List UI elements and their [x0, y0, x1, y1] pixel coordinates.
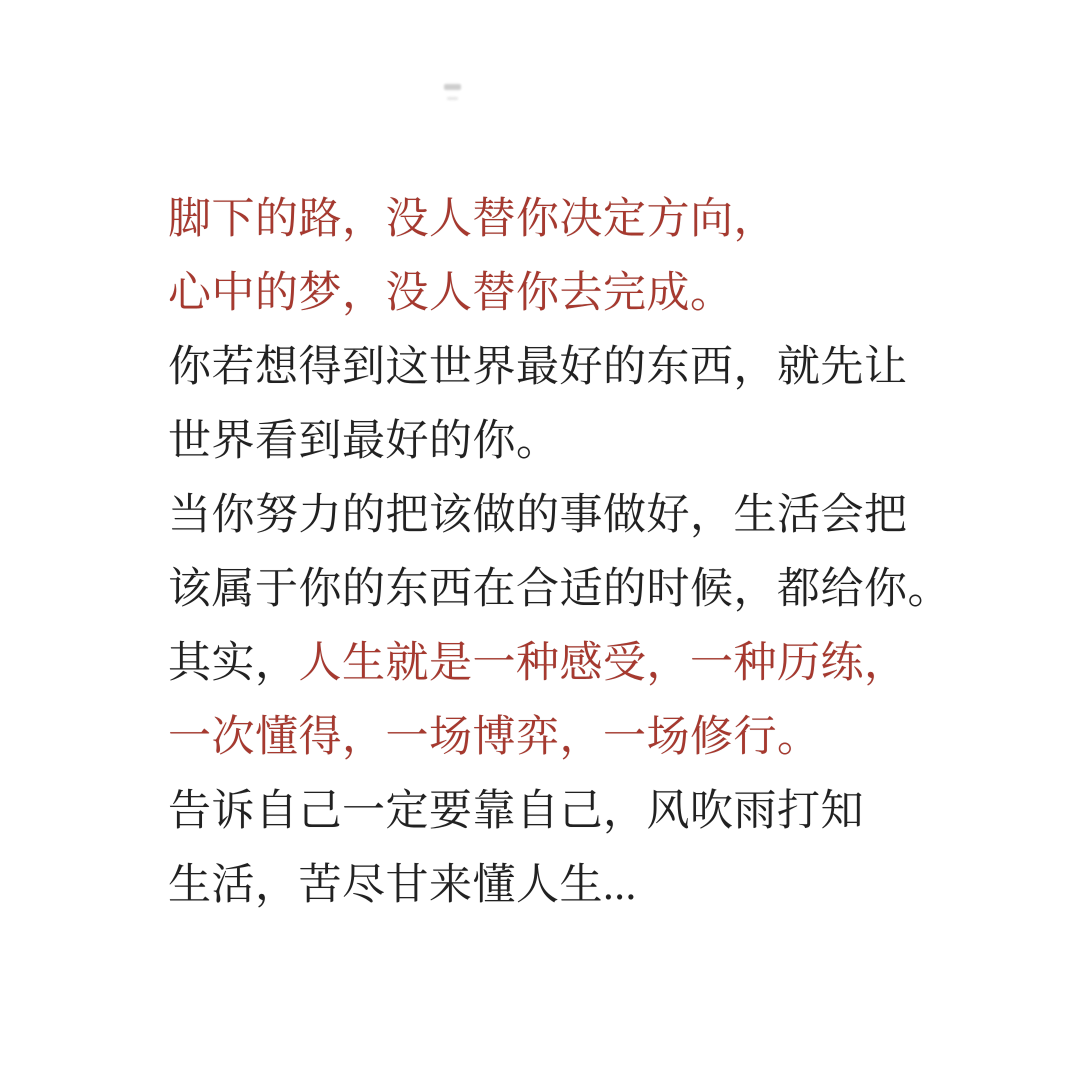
faint-smudge-mark-secondary: [447, 97, 458, 100]
quote-line-9: 告诉自己一定要靠自己，风吹雨打知: [168, 775, 968, 849]
quote-text-block: 脚下的路，没人替你决定方向，心中的梦，没人替你去完成。你若想得到这世界最好的东西…: [168, 183, 968, 923]
quote-line-1-segment-1: 脚下的路，没人替你决定方向，: [168, 196, 777, 243]
quote-line-7-segment-1: 其实，: [168, 640, 299, 687]
quote-line-5: 当你努力的把该做的事做好，生活会把: [168, 479, 968, 553]
quote-line-1: 脚下的路，没人替你决定方向，: [168, 183, 968, 257]
quote-card: 脚下的路，没人替你决定方向，心中的梦，没人替你去完成。你若想得到这世界最好的东西…: [0, 0, 1080, 1080]
quote-line-6: 该属于你的东西在合适的时候，都给你。: [168, 553, 968, 627]
quote-line-9-segment-1: 告诉自己一定要靠自己，风吹雨打知: [168, 788, 864, 835]
quote-line-2-segment-1: 心中的梦，没人替你去完成。: [168, 270, 734, 317]
quote-line-3: 你若想得到这世界最好的东西，就先让: [168, 331, 968, 405]
quote-line-10-segment-1: 生活，苦尽甘来懂人生...: [168, 862, 637, 909]
quote-line-4-segment-1: 世界看到最好的你。: [168, 418, 560, 465]
quote-line-7-segment-2: 人生就是一种感受，一种历练，: [299, 640, 908, 687]
quote-line-4: 世界看到最好的你。: [168, 405, 968, 479]
quote-line-10: 生活，苦尽甘来懂人生...: [168, 849, 968, 923]
quote-line-3-segment-1: 你若想得到这世界最好的东西，就先让: [168, 344, 908, 391]
quote-line-7: 其实，人生就是一种感受，一种历练，: [168, 627, 968, 701]
faint-smudge-mark: [444, 84, 461, 90]
quote-line-8-segment-1: 一次懂得，一场博弈，一场修行。: [168, 714, 821, 761]
quote-line-2: 心中的梦，没人替你去完成。: [168, 257, 968, 331]
quote-line-5-segment-1: 当你努力的把该做的事做好，生活会把: [168, 492, 908, 539]
quote-line-6-segment-1: 该属于你的东西在合适的时候，都给你。: [168, 566, 951, 613]
quote-line-8: 一次懂得，一场博弈，一场修行。: [168, 701, 968, 775]
